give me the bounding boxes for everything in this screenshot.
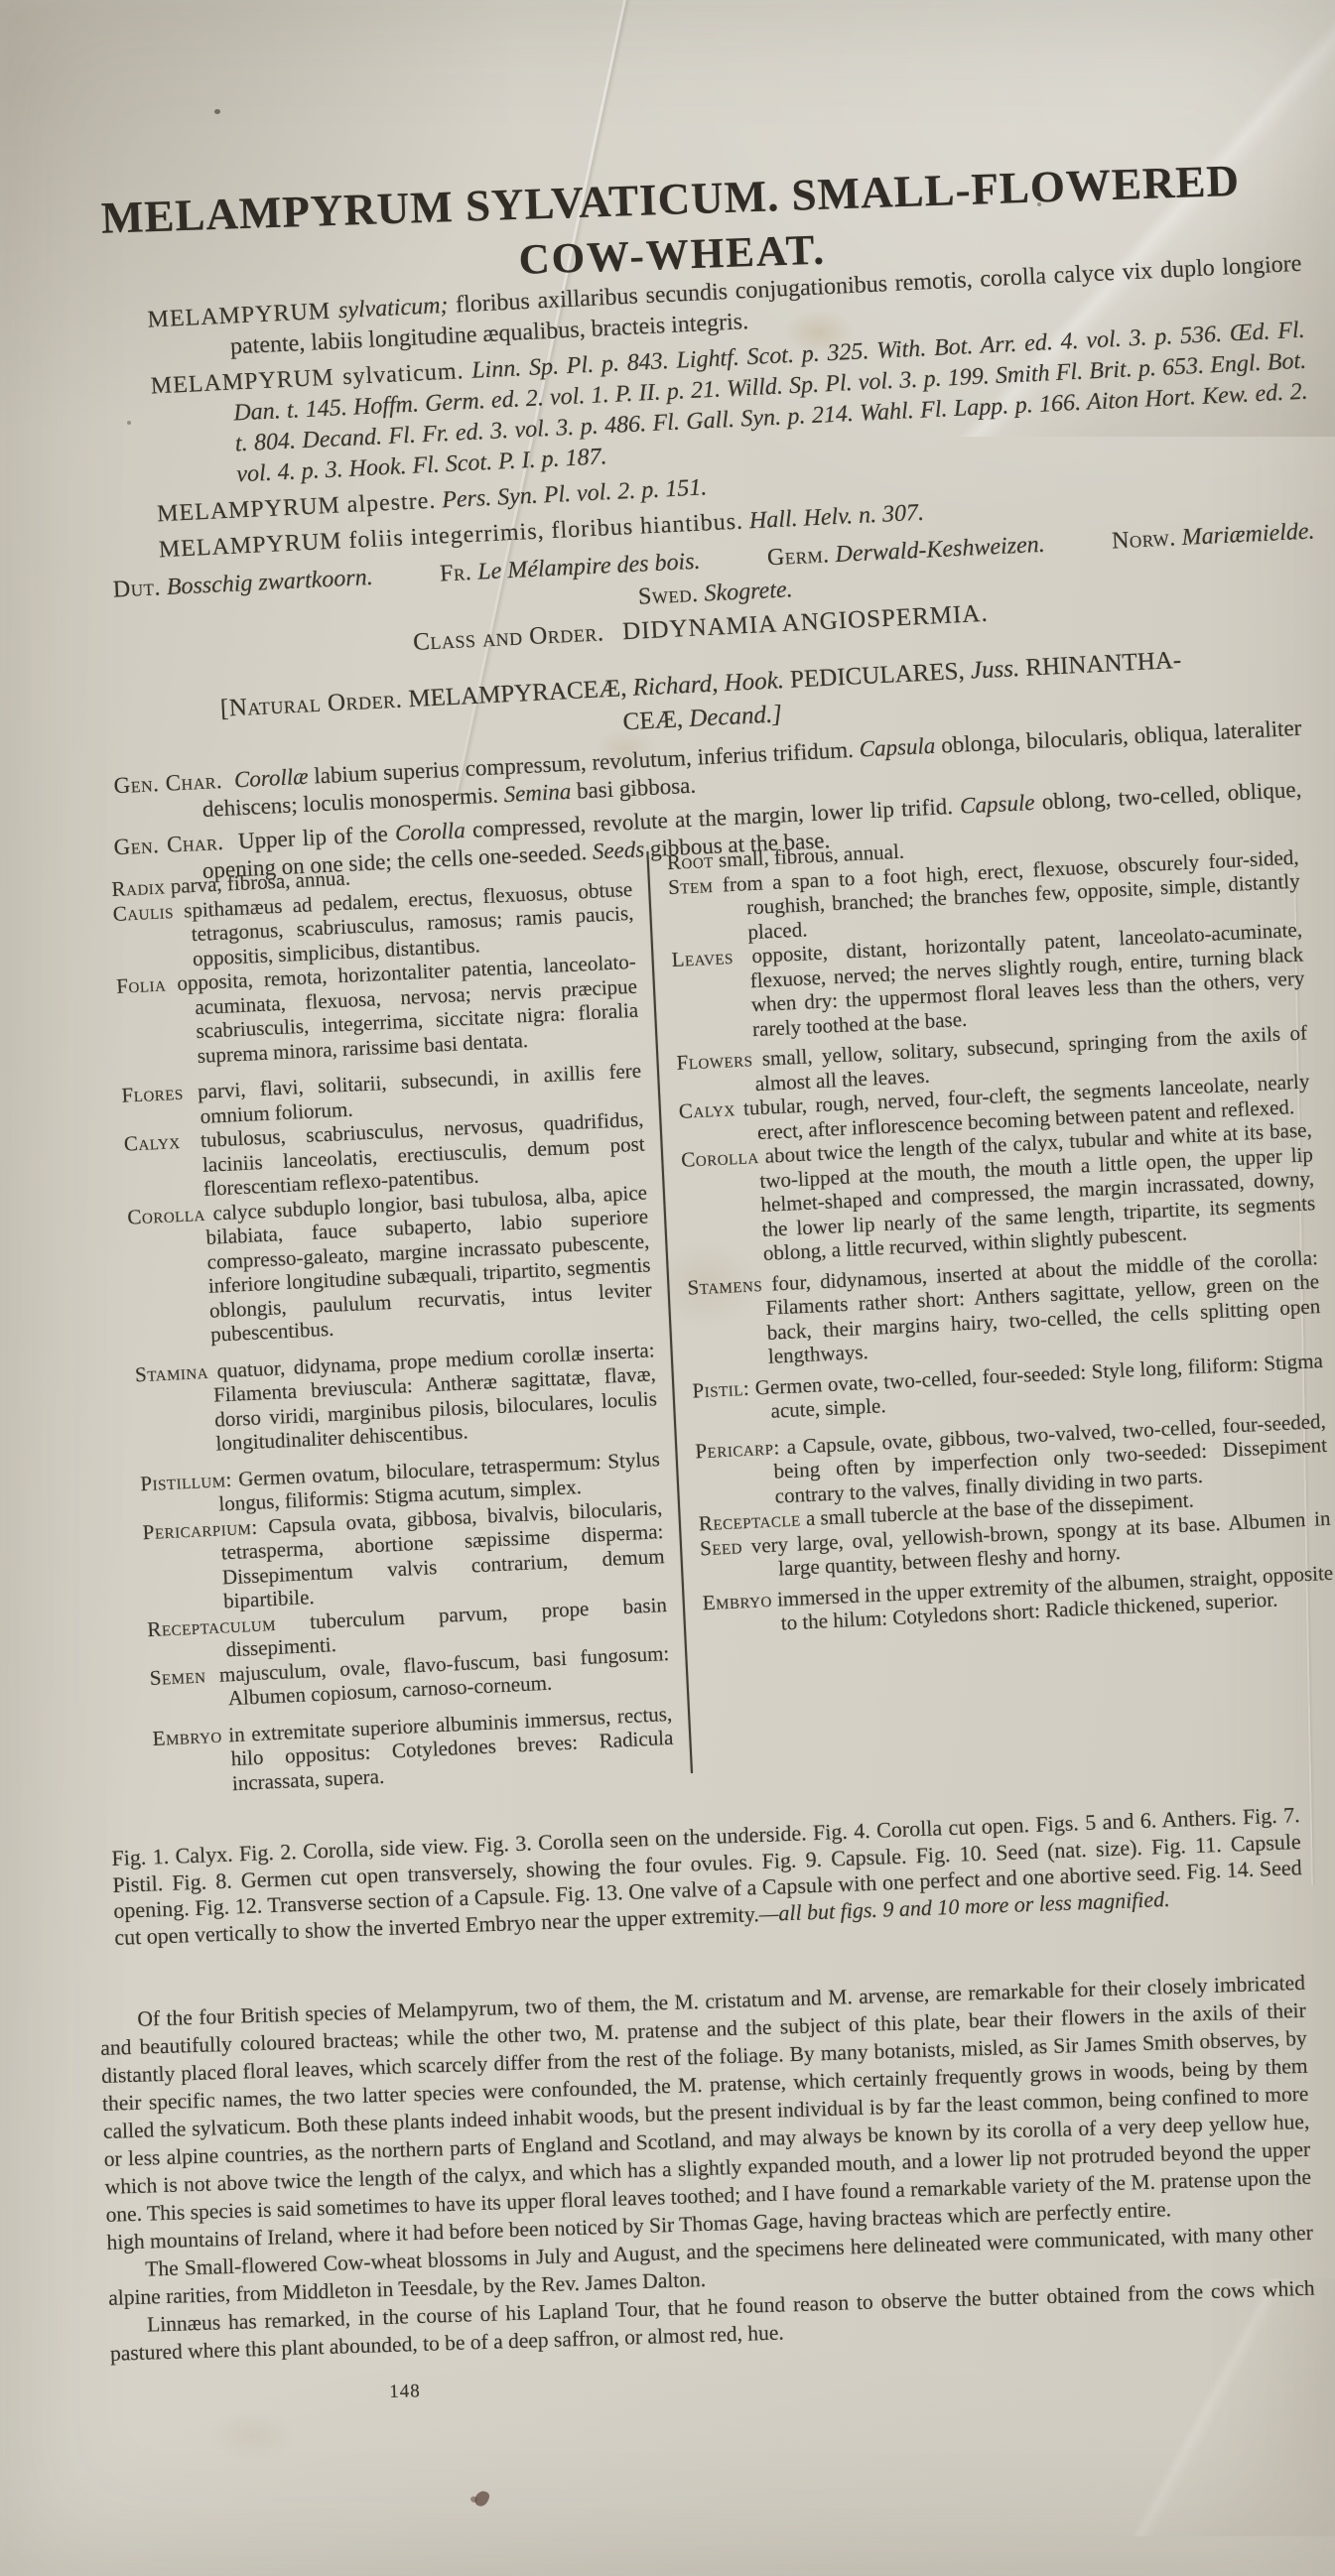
organ-term: Capsula [859,733,936,762]
commentary-paragraph-1: Of the four British species of Melampyru… [99,1969,1312,2256]
english-description-column: Root small, fibrous, annual. Stem from a… [666,821,1335,1772]
natural-order-family: CEÆ, [622,706,690,735]
organ-text: four, didynamous, inserted at about the … [765,1245,1321,1368]
commentary: Of the four British species of Melampyru… [99,1969,1316,2368]
vernacular-name: Bosschig zwartkoorn. [166,565,373,600]
organ-text: about twice the length of the calyx, tub… [759,1117,1316,1265]
figure-caption: Fig. 1. Calyx. Fig. 2. Corolla, side vie… [111,1802,1303,1951]
synonym-references: Pers. Syn. Pl. vol. 2. p. 151. [442,474,708,513]
natural-order-label: [Natural Order. [219,687,403,722]
vernacular-name: Mariæmielde. [1181,518,1315,551]
organ-label: Corolla [127,1201,205,1228]
ink-mark [472,2489,490,2509]
natural-order-family: RHINANTHA- [1018,647,1181,682]
organ-label: Stamina [134,1358,208,1386]
authority: Decand.] [689,701,783,732]
gen-char-text: basi gibbosa. [571,772,697,803]
language-label: Germ. [766,542,830,571]
desc-item-corolla: Corolla calyce subduplo longior, basi tu… [127,1180,653,1351]
species-epithet: sylvaticum; [337,293,449,323]
book-page-scan: MELAMPYRUM SYLVATICUM. SMALL-FLOWERED CO… [0,0,1335,2576]
organ-text: opposita, remota, horizontaliter patenti… [177,950,639,1068]
organ-label: Calyx [678,1096,735,1123]
vernacular-name: Skogrete. [704,577,793,606]
organ-term: Corolla [394,818,466,845]
organ-label: Stamens [687,1272,763,1300]
organ-label: Stem [668,872,714,898]
organ-label: Corolla [681,1144,759,1172]
figure-caption-main: Fig. 1. Calyx. Fig. 2. Corolla, side vie… [111,1802,1302,1949]
language-label: Norw. [1112,525,1177,554]
language-label: Swed. [637,581,699,610]
organ-term: Capsule [960,790,1036,819]
organ-label: Calyx [123,1129,181,1156]
synonym-name: MELAMPYRUM alpestre. [157,488,437,528]
organ-text: calyce subduplo longior, basi tubulosa, … [205,1180,652,1347]
organ-label: Seed [700,1534,743,1560]
class-order-label: Class and Order. [413,619,605,656]
natural-order-family: PEDICULARES, [783,658,971,694]
gen-char-label: Gen. Char. [113,830,224,859]
paper-stain [208,2411,298,2461]
authority: Juss. [970,655,1020,684]
language-label: Dut. [112,575,161,602]
organ-label: Embryo [702,1587,772,1613]
organ-label: Root [666,848,714,874]
synonym-references: Hall. Helv. n. 307. [748,500,924,535]
authority: Richard, Hook. [632,667,785,702]
desc-item-stamina: Stamina quatuor, didynama, prope medium … [134,1338,658,1460]
gen-char-label: Gen. Char. [113,768,223,798]
ink-speck [214,109,220,114]
organ-label: Radix [111,874,166,901]
organ-label: Semen [149,1663,206,1690]
language-label: Fr. [440,560,472,587]
organ-text: quatuor, didynama, prope medium corollæ … [213,1338,658,1456]
organ-label: Pericarp: [695,1435,780,1463]
organ-text: in extremitate superiore albuminis immer… [228,1701,674,1794]
organ-term: Semina [503,778,572,806]
genus-name: MELAMPYRUM [147,299,332,333]
organ-label: Flores [121,1081,184,1107]
synonymy-section: MELAMPYRUM sylvaticum; floribus axillari… [99,249,1317,639]
organ-label: Folia [116,971,167,997]
vernacular-name: Le Mélampire des bois. [477,549,701,585]
desc-item-embryo-latin: Embryo in extremitate superiore albumini… [152,1701,675,1799]
organ-label: Flowers [676,1047,753,1075]
organ-label: Caulis [112,899,174,926]
vernacular-name: Derwald-Keshweizen. [835,532,1045,568]
organ-term: Corollæ [233,764,309,793]
latin-description-column: Radix parva, fibrosa, annua. Caulis spit… [111,852,675,1799]
organ-label: Leaves [671,945,734,971]
organ-label: Pistil: [692,1375,750,1402]
description-columns: Radix parva, fibrosa, annua. Caulis spit… [111,821,1335,1799]
page-number: 148 [389,2381,421,2403]
organ-label: Embryo [152,1723,222,1749]
